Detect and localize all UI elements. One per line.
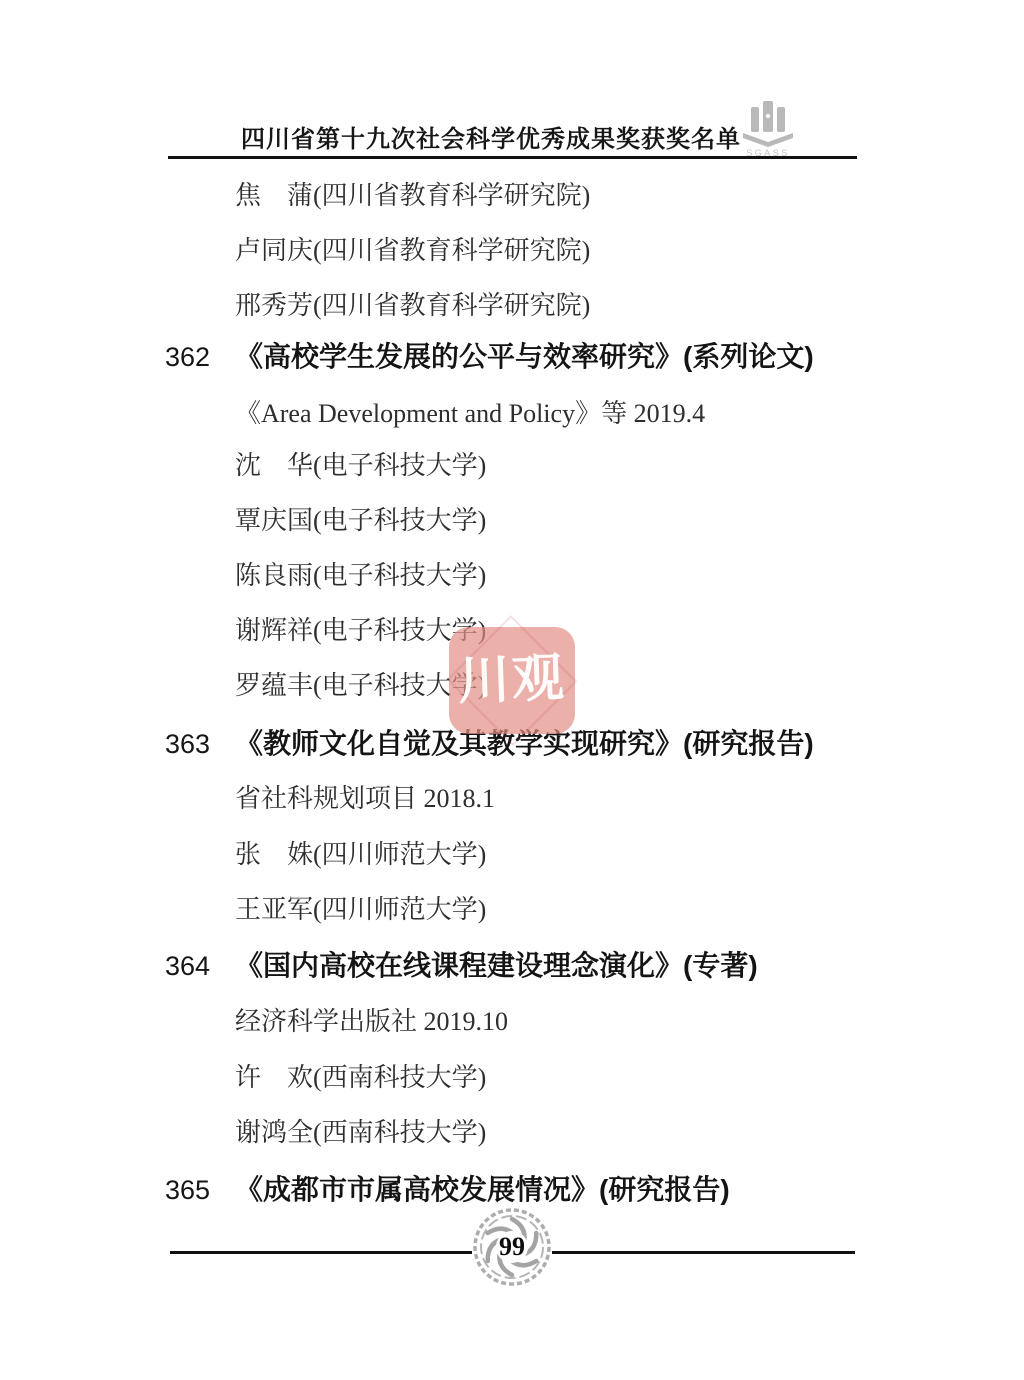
document-page: 四川省第十九次社会科学优秀成果奖获奖名单 SGASS 焦 蒲(四川省教育科学研究… — [0, 0, 1024, 1380]
page-title: 四川省第十九次社会科学优秀成果奖获奖名单 — [241, 119, 741, 154]
author-line: 覃庆国(电子科技大学) — [235, 504, 486, 538]
author-line: 张 姝(四川师范大学) — [235, 838, 486, 872]
source-line: 经济科学出版社 2019.10 — [235, 1005, 508, 1039]
author-line: 邢秀芳(四川省教育科学研究院) — [235, 289, 590, 323]
entry-row: 365 《成都市市属高校发展情况》(研究报告) — [0, 1173, 1024, 1207]
entry-title: 《国内高校在线课程建设理念演化》(专著) — [235, 949, 758, 983]
entry-row: 364 《国内高校在线课程建设理念演化》(专著) — [0, 949, 1024, 983]
entry-title: 《成都市市属高校发展情况》(研究报告) — [235, 1173, 730, 1207]
author-line: 沈 华(电子科技大学) — [235, 449, 486, 483]
page-number: 99 — [470, 1205, 554, 1289]
watermark-text: 川观 — [457, 653, 567, 709]
source-line: 《Area Development and Policy》等 2019.4 — [235, 397, 705, 431]
entry-number: 364 — [165, 949, 210, 983]
header-divider — [168, 156, 857, 159]
author-line: 焦 蒲(四川省教育科学研究院) — [235, 179, 590, 213]
author-line: 卢同庆(四川省教育科学研究院) — [235, 234, 590, 268]
author-line: 王亚军(四川师范大学) — [235, 893, 486, 927]
entry-row: 362 《高校学生发展的公平与效率研究》(系列论文) — [0, 340, 1024, 374]
author-line: 陈良雨(电子科技大学) — [235, 559, 486, 593]
footer-divider-left — [170, 1251, 472, 1254]
source-line: 省社科规划项目 2018.1 — [235, 782, 495, 816]
entry-number: 365 — [165, 1173, 210, 1207]
entry-title: 《高校学生发展的公平与效率研究》(系列论文) — [235, 340, 814, 374]
author-line: 谢鸿全(西南科技大学) — [235, 1116, 486, 1150]
sgass-publisher-logo-icon: SGASS — [736, 98, 800, 158]
footer-divider-right — [552, 1251, 855, 1254]
author-line: 许 欢(西南科技大学) — [235, 1061, 486, 1095]
entry-number: 363 — [165, 727, 210, 761]
entry-number: 362 — [165, 340, 210, 374]
chuanguan-watermark-badge: 川观 — [449, 627, 575, 734]
